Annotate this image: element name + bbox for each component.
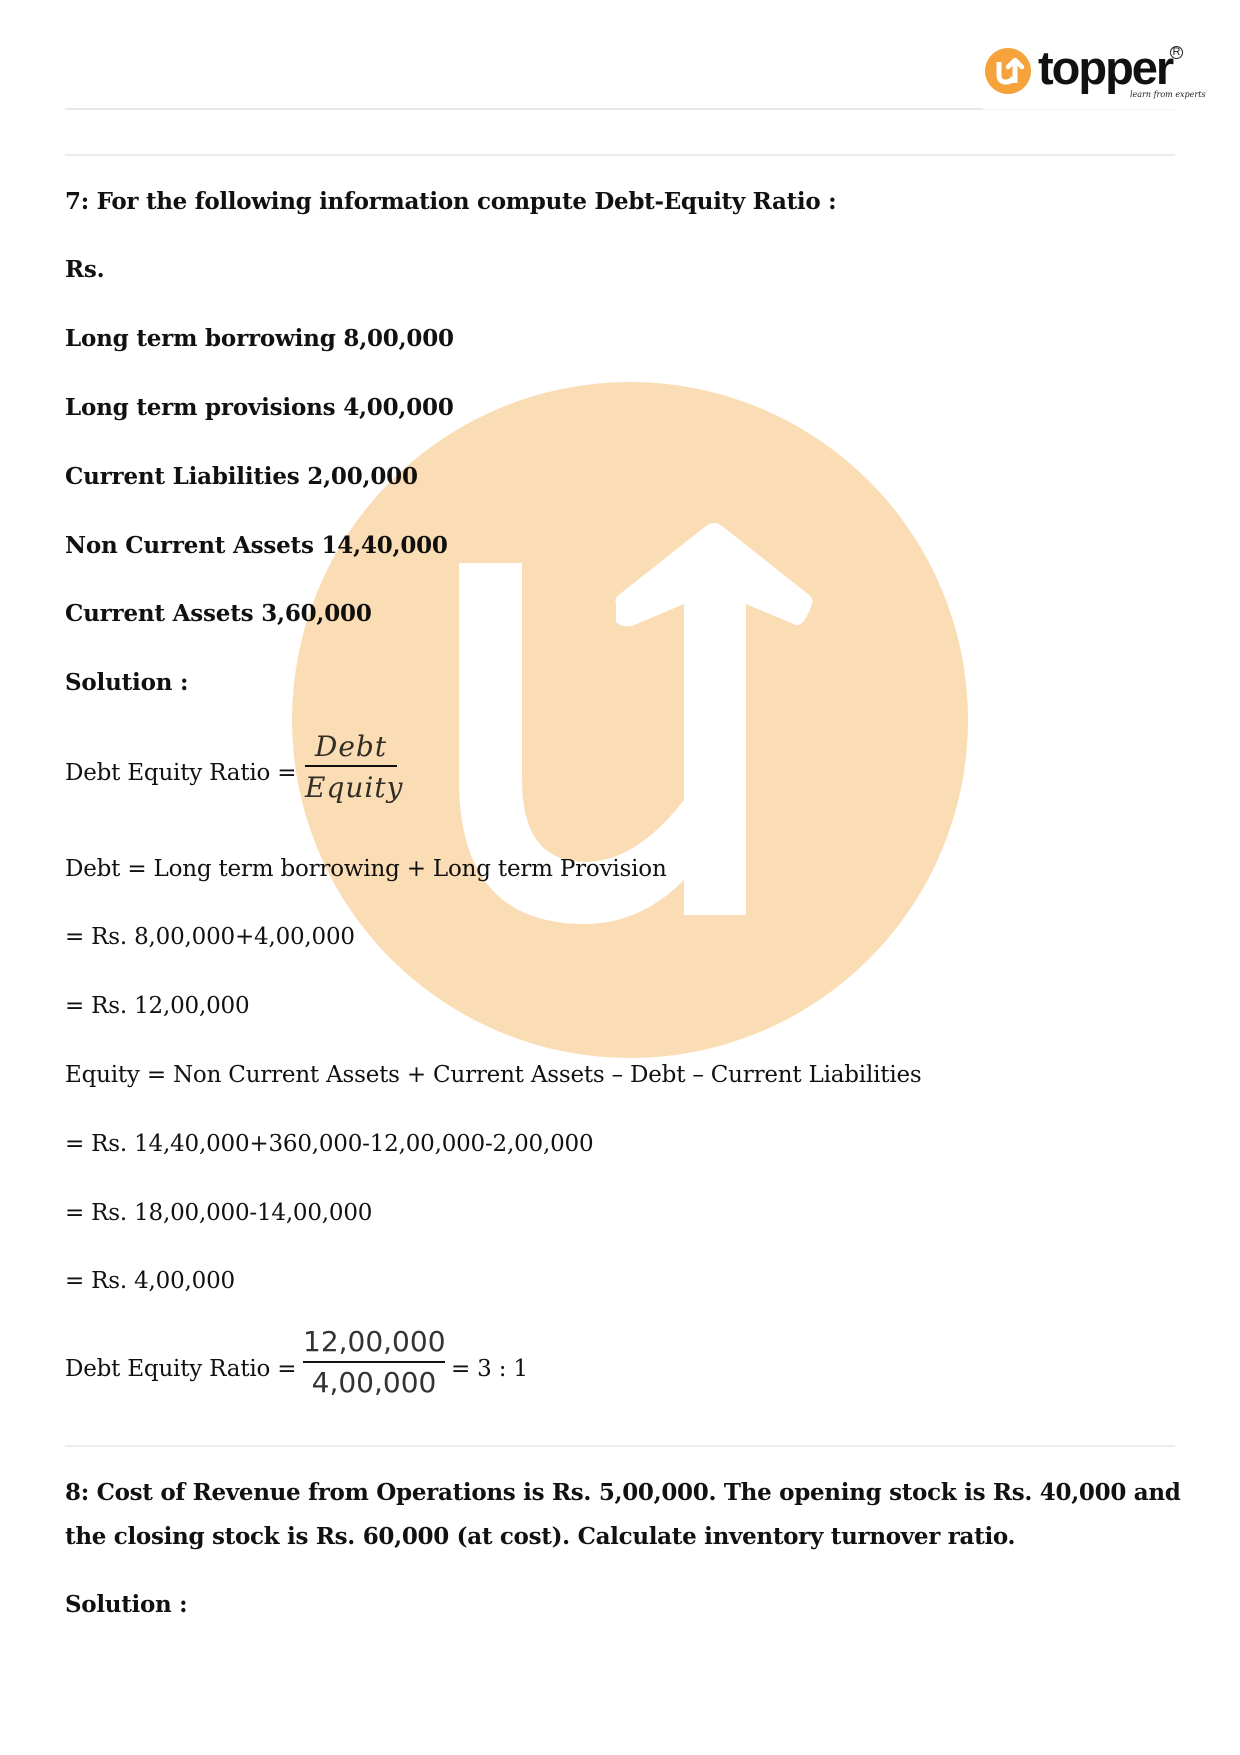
result-label: Debt Equity Ratio = (65, 1356, 296, 1382)
logo-tagline: learn from experts (1130, 90, 1206, 99)
formula-denominator: Equity (305, 771, 397, 804)
question-8-title-line1: 8: Cost of Revenue from Operations is Rs… (65, 1479, 1181, 1506)
result-denominator: 4,00,000 (303, 1366, 445, 1399)
formula-fraction: Debt Equity (305, 730, 397, 804)
topper-logo: topper R learn from experts (984, 44, 1194, 104)
question-8-solution-label: Solution : (65, 1591, 187, 1618)
registered-mark: R (1170, 46, 1183, 59)
item-non-current-assets: Non Current Assets 14,40,000 (65, 532, 448, 559)
currency-label: Rs. (65, 256, 104, 283)
step-debt-total: = Rs. 12,00,000 (65, 993, 249, 1019)
header-divider-top-faint (983, 109, 1175, 110)
item-current-liabilities: Current Liabilities 2,00,000 (65, 463, 418, 490)
result-answer: = 3 : 1 (451, 1356, 528, 1382)
formula-label: Debt Equity Ratio = (65, 760, 296, 786)
result-fraction: 12,00,000 4,00,000 (303, 1325, 445, 1399)
item-current-assets: Current Assets 3,60,000 (65, 600, 372, 627)
question-7-title: 7: For the following information compute… (65, 188, 836, 215)
step-debt-definition: Debt = Long term borrowing + Long term P… (65, 856, 667, 882)
topper-u-arrow-icon (985, 48, 1031, 94)
result-numerator: 12,00,000 (303, 1325, 445, 1358)
logo-wordmark: topper (1038, 40, 1172, 95)
step-equity-sum: = Rs. 14,40,000+360,000-12,00,000-2,00,0… (65, 1131, 593, 1157)
section-divider (65, 1445, 1175, 1447)
step-equity-definition: Equity = Non Current Assets + Current As… (65, 1062, 922, 1088)
step-equity-simplify: = Rs. 18,00,000-14,00,000 (65, 1200, 372, 1226)
fraction-bar (303, 1361, 445, 1363)
header-divider-bottom (65, 154, 1175, 156)
header-divider-top (65, 108, 983, 110)
solution-label: Solution : (65, 669, 188, 696)
formula-numerator: Debt (305, 730, 397, 763)
item-long-term-provisions: Long term provisions 4,00,000 (65, 394, 454, 421)
item-long-term-borrowing: Long term borrowing 8,00,000 (65, 325, 454, 352)
fraction-bar (305, 765, 397, 767)
question-8-title-line2: the closing stock is Rs. 60,000 (at cost… (65, 1523, 1015, 1550)
step-equity-total: = Rs. 4,00,000 (65, 1268, 235, 1294)
step-debt-sum: = Rs. 8,00,000+4,00,000 (65, 924, 355, 950)
